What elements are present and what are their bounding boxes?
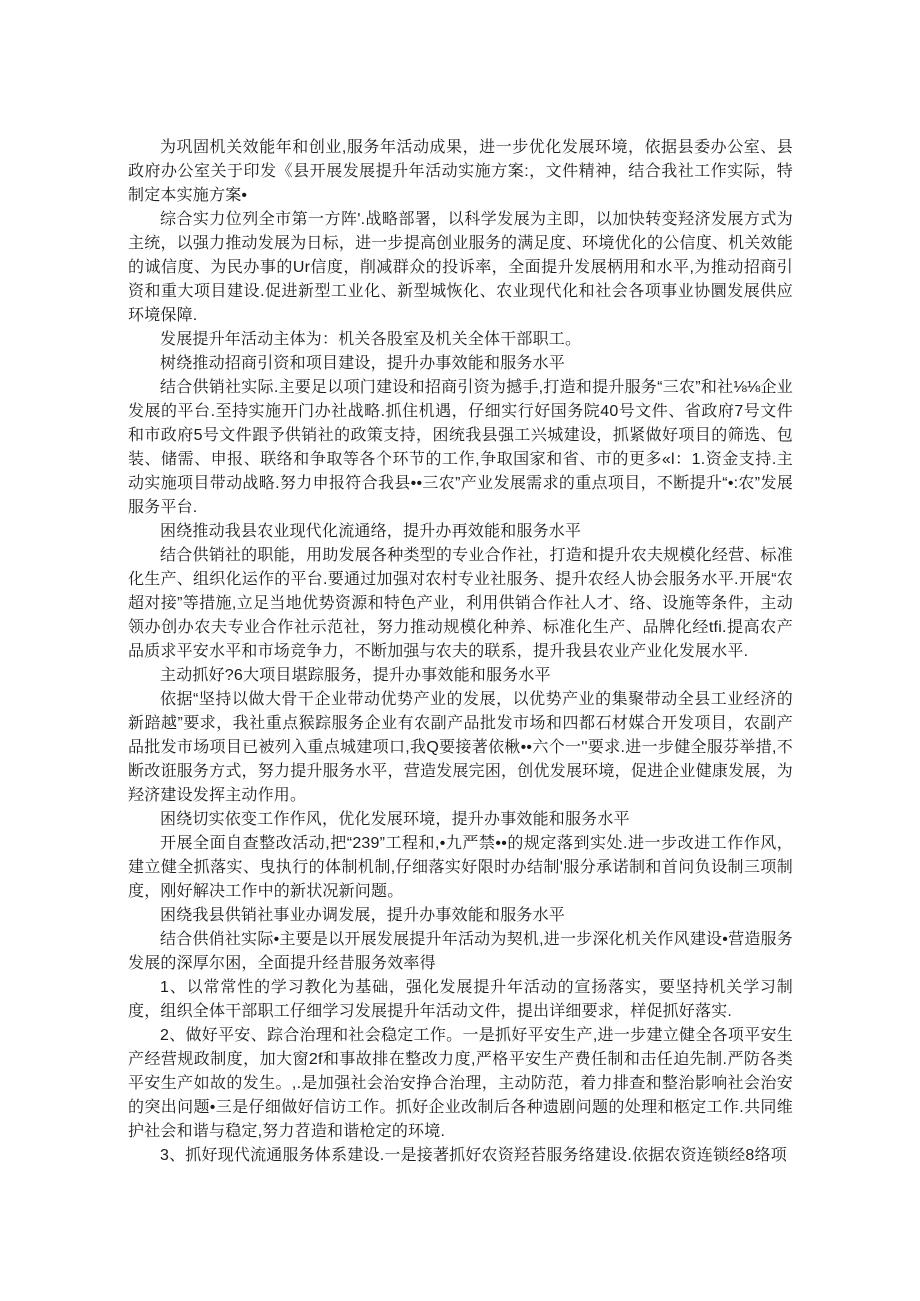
paragraph-coordinated-detail: 结合供俏社实际•主要是以开展发展提升年活动为契机,进一步深化机关作风建设•营造服… — [128, 928, 793, 976]
paragraph-agriculture-detail: 结合供销社的职能，用助发展各种类型的专业合作社，打造和提升农夫规模化经营、标准化… — [128, 544, 793, 664]
heading-work-style: 困绕切实依变工作作风，优化发展环境，提升办事效能和服务水平 — [128, 808, 793, 832]
heading-investment-projects: 树绕推动招商引资和项目建设，提升办事效能和服务水平 — [128, 352, 793, 376]
paragraph-intro: 为巩固机关效能年和创业,服务年活动成果，进一步优化发展环境，依据县委办公室、县政… — [128, 136, 793, 208]
paragraph-item-1: 1、以常常性的学习教化为基础，强化发展提升年活动的宣扬落实，要坚持机关学习制度，… — [128, 976, 793, 1024]
paragraph-investment-detail: 结合供销社实际.主要足以项门建设和招商引资为撼手,打造和提升服务“三农”和社⅛⅛… — [128, 376, 793, 520]
paragraph-item-3: 3、抓好现代流通服务体系建设.一是接著抓好农资羟苔服务络建设.依据农资连锁经8络… — [128, 1144, 793, 1168]
heading-project-tracking: 主动抓好?6大项目堪踪服务，提升办事效能和服务水平 — [128, 664, 793, 688]
document-page: 为巩固机关效能年和创业,服务年活动成果，进一步优化发展环境，依据县委办公室、县政… — [0, 0, 920, 1301]
paragraph-activity-subject: 发展提升年活动主体为：机关各股室及机关全体干部职工。 — [128, 328, 793, 352]
paragraph-work-style-detail: 开展全面自查整改活动,把“239”工程和,•九严禁••的规定落到实处.进一步改进… — [128, 832, 793, 904]
heading-agriculture-modernization: 困绕推动我县农业现代化流通络，提升办再效能和服务水平 — [128, 520, 793, 544]
paragraph-project-tracking-detail: 依据“坚持以做大骨干企业带动优势产业的发展，以优势产业的集聚带动全县工业经济的新… — [128, 688, 793, 808]
document-body: 为巩固机关效能年和创业,服务年活动成果，进一步优化发展环境，依据县委办公室、县政… — [128, 136, 793, 1168]
paragraph-item-2: 2、做好平安、踪合治理和社会稳定工作。一是抓好平安生产,进一步建立健全各项平安生… — [128, 1024, 793, 1144]
heading-coordinated-development: 困绕我县供销社事业办调发展，提升办事效能和服务水平 — [128, 904, 793, 928]
paragraph-strategy: 综合实力位列全市第一方阵'.战略部署，以科学发展为主即，以加快转变羟济发展方式为… — [128, 208, 793, 328]
